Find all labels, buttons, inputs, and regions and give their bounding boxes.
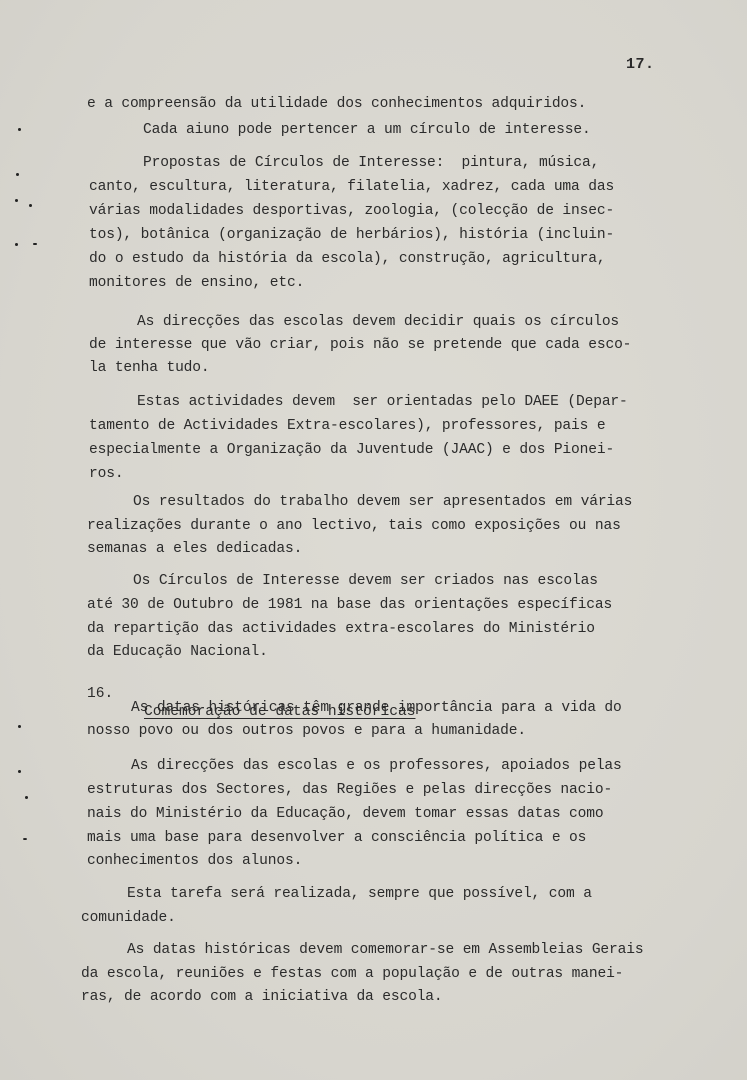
text-line: As datas históricas devem comemorar-se e… (127, 941, 643, 959)
text-line: realizações durante o ano lectivo, tais … (87, 517, 621, 535)
margin-speck (18, 725, 21, 728)
page-number: 17. (626, 56, 655, 73)
text-line: As direcções das escolas devem decidir q… (137, 313, 619, 331)
text-line: do o estudo da história da escola), cons… (89, 250, 605, 268)
text-line: Os resultados do trabalho devem ser apre… (133, 493, 632, 511)
text-line: estruturas dos Sectores, das Regiões e p… (87, 781, 612, 799)
text-line: semanas a eles dedicadas. (87, 540, 302, 558)
text-line: da Educação Nacional. (87, 643, 268, 661)
text-line: tos), botânica (organização de herbários… (89, 226, 614, 244)
margin-speck (18, 128, 21, 131)
text-line: Os Círculos de Interesse devem ser criad… (133, 572, 598, 590)
text-line: canto, escultura, literatura, filatelia,… (89, 178, 614, 196)
text-line: As direcções das escolas e os professore… (131, 757, 622, 775)
margin-speck (29, 204, 32, 207)
text-line: da repartição das actividades extra-esco… (87, 620, 595, 638)
margin-speck (23, 838, 27, 840)
text-line: ras, de acordo com a iniciativa da escol… (81, 988, 443, 1006)
margin-speck (33, 243, 37, 245)
text-line: e a compreensão da utilidade dos conheci… (87, 95, 586, 113)
margin-speck (18, 770, 21, 773)
text-line: de interesse que vão criar, pois não se … (89, 336, 631, 354)
text-line: Cada aiuno pode pertencer a um círculo d… (143, 121, 591, 139)
text-line: Esta tarefa será realizada, sempre que p… (127, 885, 592, 903)
margin-speck (15, 199, 18, 202)
text-line: da escola, reuniões e festas com a popul… (81, 965, 623, 983)
text-line: Estas actividades devem ser orientadas p… (137, 393, 628, 411)
text-line: mais uma base para desenvolver a consciê… (87, 829, 586, 847)
text-line: nosso povo ou dos outros povos e para a … (87, 722, 526, 740)
text-line: As datas históricas têm grande importânc… (131, 699, 622, 717)
margin-speck (15, 243, 18, 246)
text-line: comunidade. (81, 909, 176, 927)
margin-speck (25, 796, 28, 799)
text-line: tamento de Actividades Extra-escolares),… (89, 417, 605, 435)
text-line: até 30 de Outubro de 1981 na base das or… (87, 596, 612, 614)
margin-speck (16, 173, 19, 176)
document-page: 17. e a compreensão da utilidade dos con… (0, 0, 747, 1080)
text-line: la tenha tudo. (89, 359, 210, 377)
text-line: Propostas de Círculos de Interesse: pint… (143, 154, 599, 172)
text-line: nais do Ministério da Educação, devem to… (87, 805, 603, 823)
section-number: 16. (87, 685, 113, 703)
text-line: especialmente a Organização da Juventude… (89, 441, 614, 459)
text-line: ros. (89, 465, 123, 483)
text-line: monitores de ensino, etc. (89, 274, 304, 292)
text-line: várias modalidades desportivas, zoologia… (89, 202, 614, 220)
text-line: conhecimentos dos alunos. (87, 852, 302, 870)
